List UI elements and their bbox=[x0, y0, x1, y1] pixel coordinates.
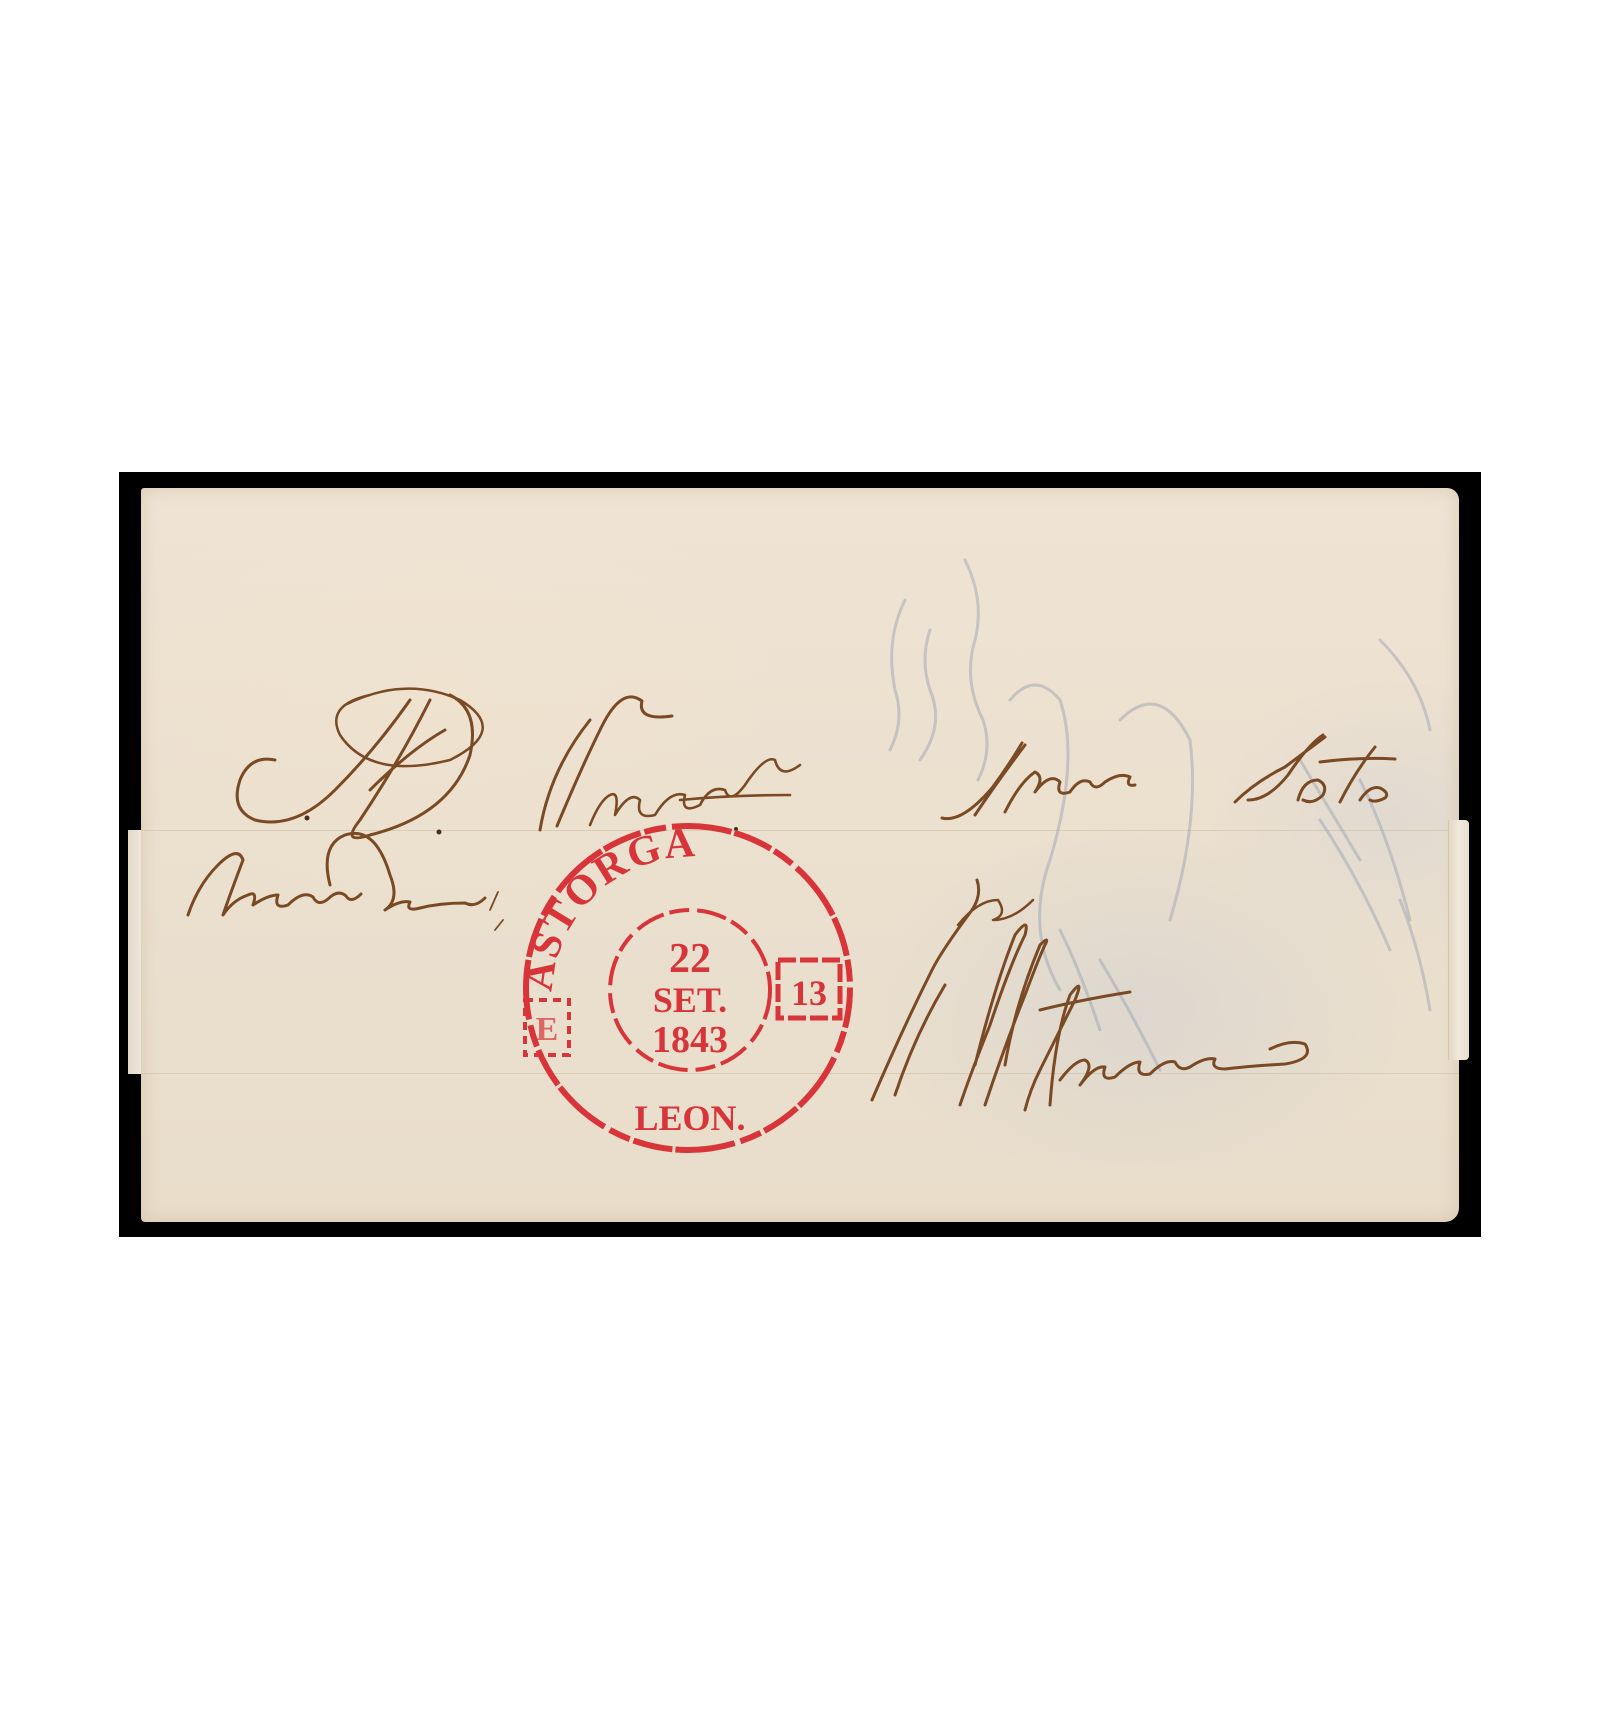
horizontal-fold-crease bbox=[141, 830, 1459, 831]
right-fold-flap bbox=[1448, 820, 1469, 1060]
folded-letter-paper bbox=[141, 488, 1459, 1222]
lower-fold-crease bbox=[141, 1073, 1459, 1074]
